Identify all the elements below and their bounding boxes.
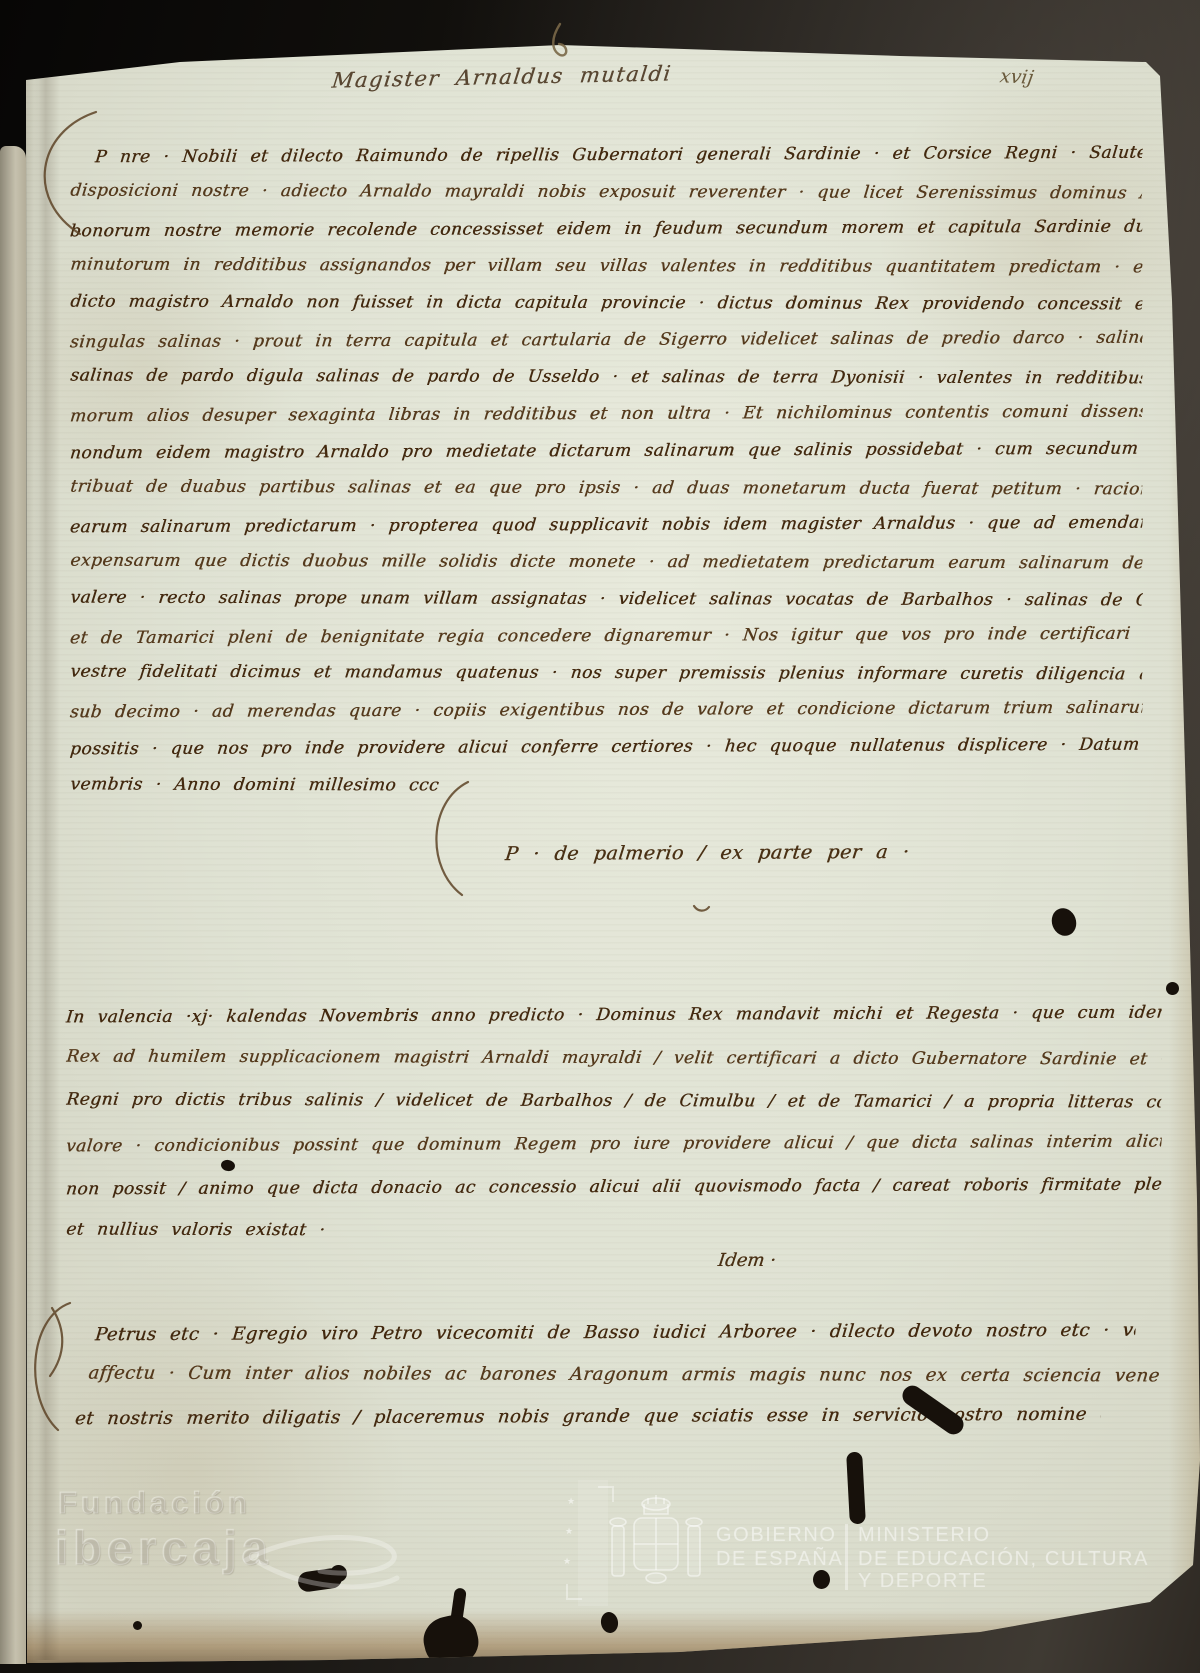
ink-blot	[133, 1621, 142, 1630]
manuscript-line: bonorum nostre memorie recolende concess…	[68, 212, 1144, 251]
ministerio-label-line1: MINISTERIO	[858, 1524, 991, 1547]
idem-note: Idem ·	[716, 1246, 777, 1276]
manuscript-line: minutorum in redditibus assignandos per …	[68, 250, 1143, 287]
logo-divider	[845, 1524, 848, 1590]
manuscript-line: possitis · que nos pro inde providere al…	[68, 730, 1144, 769]
ministerio-label-line2: DE EDUCACIÓN, CULTURA	[858, 1548, 1149, 1571]
chancery-signature: P · de palmerio / ex parte per a · audie…	[503, 835, 918, 875]
manuscript-line: salinas de pardo digula salinas de pardo…	[68, 361, 1143, 398]
manuscript-line: nondum eidem magistro Arnaldo pro mediet…	[68, 434, 1144, 473]
manuscript-line: affectu · Cum inter alios nobiles ac bar…	[86, 1359, 1161, 1396]
ink-blot	[1166, 982, 1179, 995]
star-icon: ★	[563, 1558, 571, 1567]
manuscript-line: disposicioni nostre · adiecto Arnaldo ma…	[68, 176, 1143, 213]
manuscript-line: morum alios desuper sexaginta libras in …	[68, 397, 1144, 436]
ink-blot	[599, 1611, 619, 1635]
watermark-fundacion: Fundación	[58, 1486, 251, 1520]
manuscript-line: sub decimo · ad merendas quare · copiis …	[68, 693, 1144, 732]
manuscript-line: vembris · Anno domini millesimo ccc xxx …	[68, 770, 452, 805]
manuscript-line: vestre fidelitati dicimus et mandamus qu…	[68, 657, 1143, 694]
manuscript-page: Magister Arnaldus mutaldi xvij P nre · N…	[0, 0, 1200, 1673]
gobierno-label-line2: DE ESPAÑA	[716, 1548, 843, 1571]
star-icon: ★	[567, 1498, 575, 1507]
page-heading: Magister Arnaldus mutaldi	[330, 58, 673, 95]
ink-blot	[1048, 905, 1080, 940]
manuscript-line: et de Tamarici pleni de benignitate regi…	[68, 619, 1144, 658]
manuscript-line: Petrus etc · Egregio viro Petro vicecomi…	[93, 1316, 1137, 1355]
ink-blot	[813, 1570, 830, 1589]
spain-coat-of-arms	[604, 1490, 714, 1600]
gobierno-label-line1: GOBIERNO	[716, 1524, 837, 1547]
frame-corner-icon	[598, 1486, 614, 1502]
manuscript-line: Rex ad humilem supplicacionem magistri A…	[64, 1042, 1162, 1079]
manuscript-line: P nre · Nobili et dilecto Raimundo de ri…	[93, 138, 1144, 177]
folio-number: xvij	[998, 63, 1035, 91]
manuscript-line: earum salinarum predictarum · propterea …	[68, 508, 1144, 547]
manuscript-line: In valencia ·xj· kalendas Novembris anno…	[64, 998, 1163, 1037]
adjacent-page-edge	[0, 146, 26, 1664]
ministerio-label-line3: Y DEPORTE	[858, 1570, 987, 1593]
gutter-shadow	[34, 60, 60, 1660]
manuscript-line: expensarum que dictis duobus mille solid…	[68, 546, 1143, 583]
frame-corner-icon	[566, 1584, 582, 1600]
manuscript-line: valere · recto salinas prope unam villam…	[68, 583, 1143, 620]
manuscript-line: singulas salinas · prout in terra capitu…	[68, 323, 1144, 362]
manuscript-line: dicto magistro Arnaldo non fuisset in di…	[68, 287, 1143, 324]
ink-drip	[846, 1452, 866, 1525]
watermark-ibercaja: ibercaja	[55, 1522, 273, 1574]
manuscript-line: non possit / animo que dicta donacio ac …	[64, 1170, 1163, 1209]
manuscript-line: tribuat de duabus partibus salinas et ea…	[68, 472, 1143, 509]
manuscript-line: et nullius valoris existat ·	[64, 1215, 408, 1250]
star-icon: ★	[565, 1528, 573, 1537]
ink-blot	[330, 1565, 347, 1582]
ink-blot	[419, 1610, 483, 1672]
manuscript-line: Regni pro dictis tribus salinis / videli…	[64, 1085, 1162, 1122]
